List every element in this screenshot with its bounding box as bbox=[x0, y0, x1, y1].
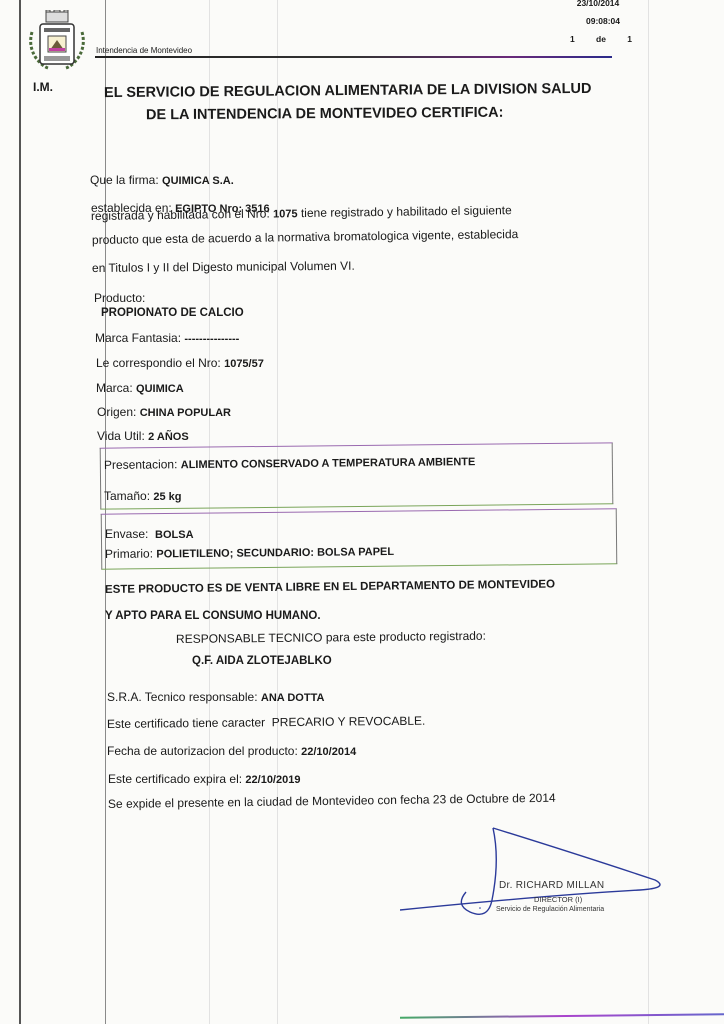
responsible-label: RESPONSABLE TECNICO para este producto r… bbox=[176, 629, 486, 646]
primary-value: POLIETILENO; SECUNDARIO: BOLSA PAPEL bbox=[156, 546, 394, 560]
signer-title: DIRECTOR (I) bbox=[534, 895, 582, 904]
origin-value: CHINA POPULAR bbox=[140, 407, 231, 419]
initials-label: I.M. bbox=[33, 80, 53, 94]
container-line: Envase: BOLSA bbox=[105, 527, 194, 541]
page-current: 1 bbox=[570, 34, 575, 44]
product-number-line: Le correspondio el Nro: 1075/57 bbox=[96, 356, 264, 370]
responsible-name: Q.F. AIDA ZLOTEJABLKO bbox=[192, 655, 332, 667]
sra-label: S.R.A. Tecnico responsable: bbox=[107, 690, 258, 704]
product-number: 1075/57 bbox=[224, 358, 264, 370]
character-label: Este certificado tiene caracter bbox=[107, 715, 265, 731]
brand-label: Marca: bbox=[96, 381, 133, 395]
expiry-line: Este certificado expira el: 22/10/2019 bbox=[108, 772, 300, 786]
declaration-line2: Y APTO PARA EL CONSUMO HUMANO. bbox=[105, 610, 321, 622]
brand-line: Marca: QUIMICA bbox=[96, 381, 184, 395]
primary-label: Primario: bbox=[105, 546, 153, 561]
origin-line: Origen: CHINA POPULAR bbox=[97, 405, 231, 419]
container-label: Envase: bbox=[105, 527, 148, 541]
certificate-title-line2: DE LA INTENDENCIA DE MONTEVIDEO CERTIFIC… bbox=[146, 105, 504, 123]
registration-number: 1075 bbox=[273, 208, 298, 220]
montevideo-coat-of-arms-icon bbox=[26, 10, 88, 74]
authorization-date: 22/10/2014 bbox=[301, 746, 356, 758]
shelf-life-value: 2 AÑOS bbox=[148, 431, 189, 443]
registration-suffix: tiene registrado y habilitado el siguien… bbox=[301, 203, 512, 220]
brand-value: QUIMICA bbox=[136, 383, 184, 395]
product-name: PROPIONATO DE CALCIO bbox=[101, 307, 244, 319]
footer-rule bbox=[400, 1013, 724, 1018]
organization-name: Intendencia de Montevideo bbox=[96, 46, 192, 55]
header-rule bbox=[95, 56, 612, 58]
declaration-line1: ESTE PRODUCTO ES DE VENTA LIBRE EN EL DE… bbox=[105, 579, 555, 596]
product-label: Producto: bbox=[94, 291, 145, 305]
certificate-title-line1: EL SERVICIO DE REGULACION ALIMENTARIA DE… bbox=[104, 81, 592, 101]
product-number-label: Le correspondio el Nro: bbox=[96, 356, 221, 370]
page-of: de bbox=[596, 34, 606, 44]
firm-label: Que la firma: bbox=[90, 173, 159, 187]
size-value: 25 kg bbox=[153, 491, 181, 503]
page-left-edge bbox=[19, 0, 21, 1024]
shelf-life-label: Vida Util: bbox=[97, 429, 145, 443]
handwritten-signature-icon bbox=[400, 820, 680, 930]
fantasy-brand-label: Marca Fantasia: bbox=[95, 331, 181, 345]
sra-name: ANA DOTTA bbox=[261, 692, 325, 704]
page-indicator: 1 de 1 bbox=[570, 34, 632, 44]
authorization-line: Fecha de autorizacion del producto: 22/1… bbox=[107, 744, 356, 758]
container-value: BOLSA bbox=[155, 529, 194, 541]
expiry-label: Este certificado expira el: bbox=[108, 772, 242, 786]
fantasy-brand-value: --------------- bbox=[184, 333, 239, 345]
signer-name: Dr. RICHARD MILLAN bbox=[499, 880, 604, 891]
character-line: Este certificado tiene caracter PRECARIO… bbox=[107, 714, 425, 731]
firm-name: QUIMICA S.A. bbox=[162, 175, 234, 187]
print-time: 09:08:04 bbox=[578, 16, 628, 26]
presentation-label: Presentacion: bbox=[104, 457, 178, 472]
regulation-text-line3: en Titulos I y II del Digesto municipal … bbox=[92, 259, 355, 275]
origin-label: Origen: bbox=[97, 405, 136, 419]
issue-statement: Se expide el presente en la ciudad de Mo… bbox=[108, 791, 556, 811]
shelf-life-line: Vida Util: 2 AÑOS bbox=[97, 429, 189, 443]
character-value: PRECARIO Y REVOCABLE. bbox=[272, 714, 426, 730]
sra-line: S.R.A. Tecnico responsable: ANA DOTTA bbox=[107, 690, 324, 704]
size-label: Tamaño: bbox=[104, 489, 150, 503]
print-date: 23/10/2014 bbox=[568, 0, 628, 8]
expiry-date: 22/10/2019 bbox=[245, 774, 300, 786]
fantasy-brand-line: Marca Fantasia: --------------- bbox=[95, 331, 239, 345]
signer-service: Servicio de Regulación Alimentaria bbox=[496, 906, 604, 913]
size-line: Tamaño: 25 kg bbox=[104, 489, 182, 503]
page-total: 1 bbox=[627, 34, 632, 44]
scan-line bbox=[105, 0, 106, 1024]
regulation-text-line2: producto que esta de acuerdo a la normat… bbox=[92, 227, 518, 247]
authorization-label: Fecha de autorizacion del producto: bbox=[107, 744, 298, 758]
registration-prefix: registrada y habilitada con el Nro: bbox=[91, 207, 270, 223]
firm-line: Que la firma: QUIMICA S.A. bbox=[90, 173, 234, 187]
